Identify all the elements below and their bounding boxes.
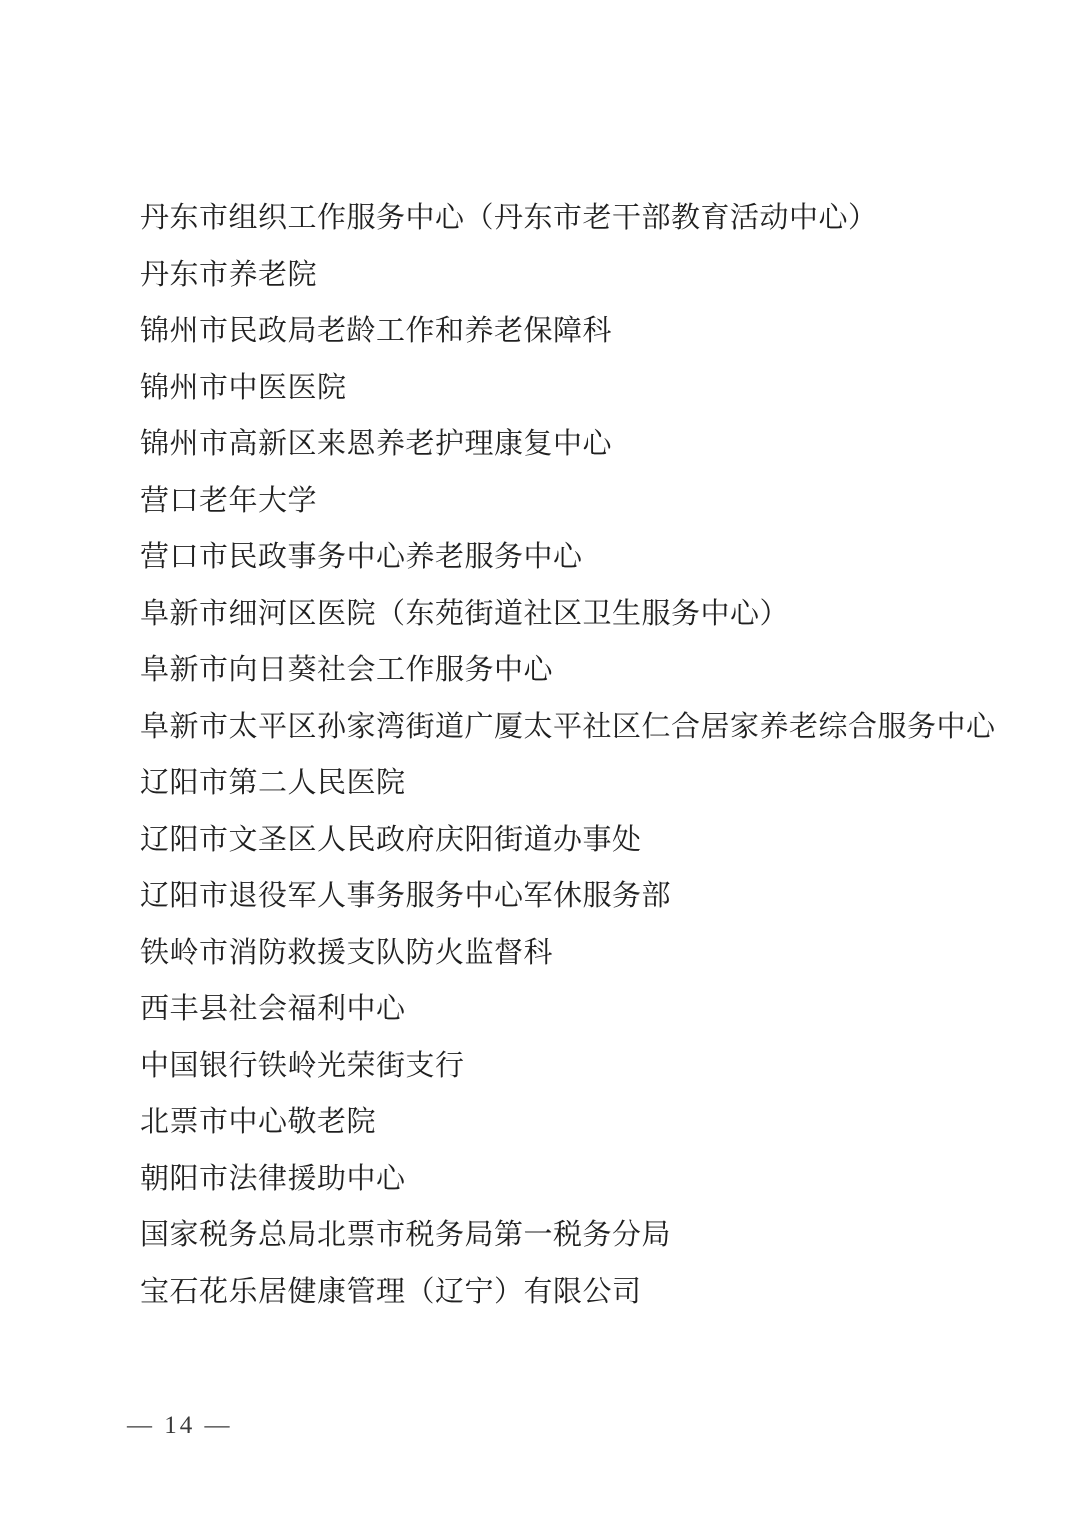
org-name-line: 锦州市高新区来恩养老护理康复中心 bbox=[140, 416, 1040, 473]
org-name-line: 西丰县社会福利中心 bbox=[140, 981, 1040, 1038]
org-name-line: 宝石花乐居健康管理（辽宁）有限公司 bbox=[140, 1264, 1040, 1321]
org-name-line: 阜新市太平区孙家湾街道广厦太平社区仁合居家养老综合服务中心 bbox=[140, 699, 1040, 756]
org-name-line: 锦州市民政局老龄工作和养老保障科 bbox=[140, 303, 1040, 360]
org-name-line: 营口老年大学 bbox=[140, 473, 1040, 530]
org-name-line: 北票市中心敬老院 bbox=[140, 1094, 1040, 1151]
org-name-line: 辽阳市退役军人事务服务中心军休服务部 bbox=[140, 868, 1040, 925]
org-name-line: 中国银行铁岭光荣街支行 bbox=[140, 1038, 1040, 1095]
org-name-line: 辽阳市第二人民医院 bbox=[140, 755, 1040, 812]
org-name-line: 阜新市细河区医院（东苑街道社区卫生服务中心） bbox=[140, 586, 1040, 643]
org-name-line: 国家税务总局北票市税务局第一税务分局 bbox=[140, 1207, 1040, 1264]
org-name-line: 朝阳市法律援助中心 bbox=[140, 1151, 1040, 1208]
org-name-line: 阜新市向日葵社会工作服务中心 bbox=[140, 642, 1040, 699]
org-name-line: 辽阳市文圣区人民政府庆阳街道办事处 bbox=[140, 812, 1040, 869]
page-number: — 14 — bbox=[127, 1412, 233, 1440]
organization-name-list: 丹东市组织工作服务中心（丹东市老干部教育活动中心） 丹东市养老院 锦州市民政局老… bbox=[140, 190, 1040, 1320]
org-name-line: 锦州市中医医院 bbox=[140, 360, 1040, 417]
org-name-line: 丹东市养老院 bbox=[140, 247, 1040, 304]
org-name-line: 丹东市组织工作服务中心（丹东市老干部教育活动中心） bbox=[140, 190, 1040, 247]
org-name-line: 铁岭市消防救援支队防火监督科 bbox=[140, 925, 1040, 982]
org-name-line: 营口市民政事务中心养老服务中心 bbox=[140, 529, 1040, 586]
document-page: 丹东市组织工作服务中心（丹东市老干部教育活动中心） 丹东市养老院 锦州市民政局老… bbox=[0, 0, 1080, 1527]
